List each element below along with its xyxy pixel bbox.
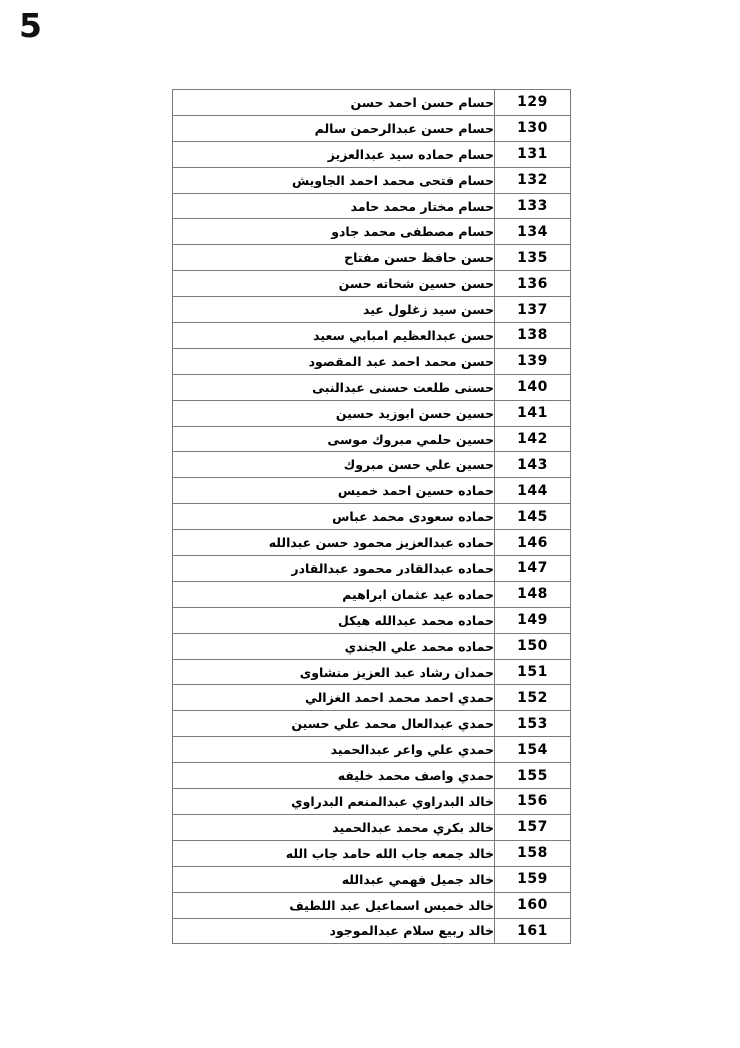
table-row: حمدي احمد محمد احمد الغزالي 152 (173, 685, 571, 711)
page-number: 5 (19, 6, 42, 45)
document-page: 5 حسام حسن احمد حسن 129 حسام حسن عبدالرح… (0, 0, 740, 1048)
table-row: حماده حسين احمد خميس 144 (173, 478, 571, 504)
names-table: حسام حسن احمد حسن 129 حسام حسن عبدالرحمن… (172, 89, 571, 944)
person-number: 140 (495, 374, 571, 400)
person-number: 139 (495, 348, 571, 374)
person-number: 157 (495, 814, 571, 840)
person-name: حسين حلمي مبروك موسى (173, 426, 495, 452)
person-name: حسام حسن احمد حسن (173, 90, 495, 116)
person-number: 159 (495, 866, 571, 892)
person-name: حسين علي حسن مبروك (173, 452, 495, 478)
person-number: 147 (495, 556, 571, 582)
person-number: 154 (495, 737, 571, 763)
person-name: حماده محمد عبدالله هيكل (173, 607, 495, 633)
table-row: حسام فتحى محمد احمد الجاويش 132 (173, 167, 571, 193)
person-name: حماده عبدالعزيز محمود حسن عبدالله (173, 530, 495, 556)
person-name: حماده حسين احمد خميس (173, 478, 495, 504)
person-name: حسن عبدالعظيم امبابي سعيد (173, 323, 495, 349)
table-row: خالد البدراوي عبدالمنعم البدراوي 156 (173, 789, 571, 815)
table-row: حسام حسن عبدالرحمن سالم 130 (173, 115, 571, 141)
table-row: حسين حلمي مبروك موسى 142 (173, 426, 571, 452)
person-name: حسين حسن ابوزيد حسين (173, 400, 495, 426)
table-row: حسام مختار محمد حامد 133 (173, 193, 571, 219)
person-number: 145 (495, 504, 571, 530)
person-name: حمدي واصف محمد خليفه (173, 763, 495, 789)
person-name: خالد خميس اسماعيل عبد اللطيف (173, 892, 495, 918)
person-name: حسام حسن عبدالرحمن سالم (173, 115, 495, 141)
table-row: حسام حسن احمد حسن 129 (173, 90, 571, 116)
person-number: 155 (495, 763, 571, 789)
person-name: خالد جمعه جاب الله حامد جاب الله (173, 840, 495, 866)
table-row: حماده عيد عثمان ابراهيم 148 (173, 581, 571, 607)
person-name: حسن سيد زغلول عيد (173, 297, 495, 323)
table-row: حمدان رشاد عبد العزيز منشاوى 151 (173, 659, 571, 685)
table-row: خالد جميل فهمي عبدالله 159 (173, 866, 571, 892)
table-row: حماده محمد علي الجندي 150 (173, 633, 571, 659)
names-table-body: حسام حسن احمد حسن 129 حسام حسن عبدالرحمن… (173, 90, 571, 944)
table-row: حسام حماده سيد عبدالعزيز 131 (173, 141, 571, 167)
person-name: حمدي علي واعر عبدالحميد (173, 737, 495, 763)
person-name: حماده محمد علي الجندي (173, 633, 495, 659)
person-name: حسام فتحى محمد احمد الجاويش (173, 167, 495, 193)
table-row: خالد بكري محمد عبدالحميد 157 (173, 814, 571, 840)
person-name: حسن حافظ حسن مفتاح (173, 245, 495, 271)
person-number: 144 (495, 478, 571, 504)
person-number: 151 (495, 659, 571, 685)
person-name: حسام مختار محمد حامد (173, 193, 495, 219)
table-row: حسن عبدالعظيم امبابي سعيد 138 (173, 323, 571, 349)
person-number: 150 (495, 633, 571, 659)
table-row: حماده محمد عبدالله هيكل 149 (173, 607, 571, 633)
person-name: خالد جميل فهمي عبدالله (173, 866, 495, 892)
person-name: حسن حسين شحاته حسن (173, 271, 495, 297)
person-number: 153 (495, 711, 571, 737)
table-row: حسين حسن ابوزيد حسين 141 (173, 400, 571, 426)
person-name: حماده عبدالقادر محمود عبدالقادر (173, 556, 495, 582)
table-row: حسن سيد زغلول عيد 137 (173, 297, 571, 323)
person-number: 161 (495, 918, 571, 944)
table-row: حسين علي حسن مبروك 143 (173, 452, 571, 478)
person-number: 160 (495, 892, 571, 918)
person-number: 137 (495, 297, 571, 323)
table-row: حمدي عبدالعال محمد علي حسين 153 (173, 711, 571, 737)
table-row: حسام مصطفى محمد جادو 134 (173, 219, 571, 245)
person-number: 143 (495, 452, 571, 478)
person-number: 129 (495, 90, 571, 116)
person-number: 146 (495, 530, 571, 556)
table-row: حماده سعودى محمد عباس 145 (173, 504, 571, 530)
person-name: حماده عيد عثمان ابراهيم (173, 581, 495, 607)
person-name: حمدي عبدالعال محمد علي حسين (173, 711, 495, 737)
person-number: 148 (495, 581, 571, 607)
person-number: 130 (495, 115, 571, 141)
person-name: حسام مصطفى محمد جادو (173, 219, 495, 245)
table-row: حمدي واصف محمد خليفه 155 (173, 763, 571, 789)
person-number: 152 (495, 685, 571, 711)
person-number: 133 (495, 193, 571, 219)
person-number: 138 (495, 323, 571, 349)
person-number: 156 (495, 789, 571, 815)
table-row: خالد ربيع سلام عبدالموجود 161 (173, 918, 571, 944)
table-row: خالد جمعه جاب الله حامد جاب الله 158 (173, 840, 571, 866)
person-number: 132 (495, 167, 571, 193)
person-name: حسنى طلعت حسنى عبدالنبى (173, 374, 495, 400)
table-row: حماده عبدالعزيز محمود حسن عبدالله 146 (173, 530, 571, 556)
person-number: 135 (495, 245, 571, 271)
person-name: حمدي احمد محمد احمد الغزالي (173, 685, 495, 711)
person-name: حسن محمد احمد عبد المقصود (173, 348, 495, 374)
person-number: 158 (495, 840, 571, 866)
person-number: 134 (495, 219, 571, 245)
table-row: حسنى طلعت حسنى عبدالنبى 140 (173, 374, 571, 400)
person-name: خالد ربيع سلام عبدالموجود (173, 918, 495, 944)
person-number: 149 (495, 607, 571, 633)
person-name: حمدان رشاد عبد العزيز منشاوى (173, 659, 495, 685)
person-number: 136 (495, 271, 571, 297)
person-number: 131 (495, 141, 571, 167)
table-row: حماده عبدالقادر محمود عبدالقادر 147 (173, 556, 571, 582)
table-row: حسن حافظ حسن مفتاح 135 (173, 245, 571, 271)
table-row: حسن حسين شحاته حسن 136 (173, 271, 571, 297)
person-name: خالد البدراوي عبدالمنعم البدراوي (173, 789, 495, 815)
table-row: حسن محمد احمد عبد المقصود 139 (173, 348, 571, 374)
person-name: خالد بكري محمد عبدالحميد (173, 814, 495, 840)
person-name: حسام حماده سيد عبدالعزيز (173, 141, 495, 167)
person-number: 141 (495, 400, 571, 426)
person-number: 142 (495, 426, 571, 452)
table-row: حمدي علي واعر عبدالحميد 154 (173, 737, 571, 763)
table-row: خالد خميس اسماعيل عبد اللطيف 160 (173, 892, 571, 918)
person-name: حماده سعودى محمد عباس (173, 504, 495, 530)
